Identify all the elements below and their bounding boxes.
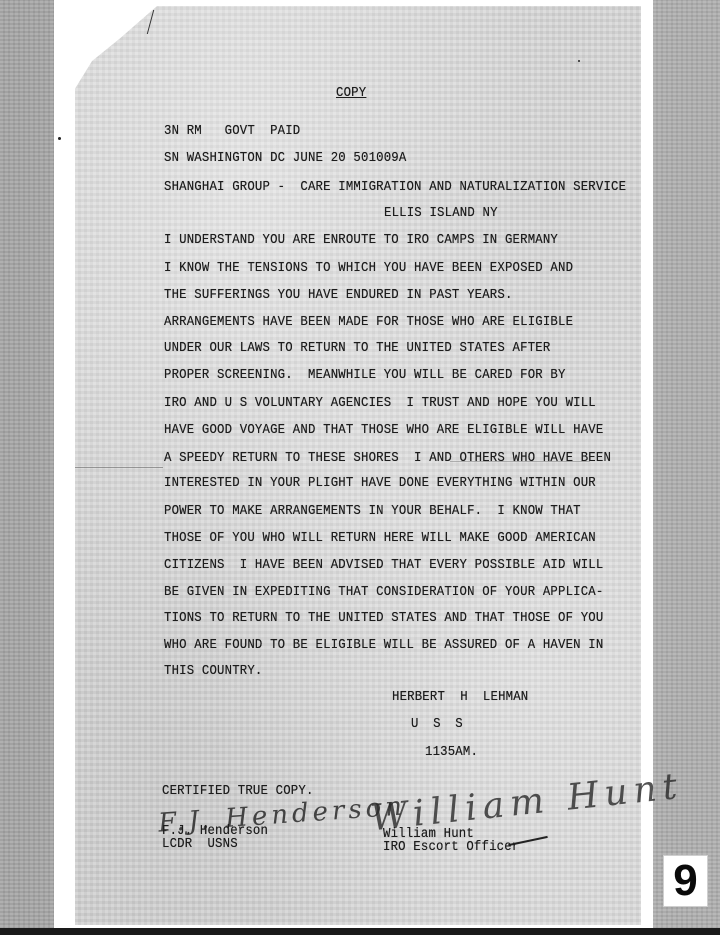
body-line: I UNDERSTAND YOU ARE ENROUTE TO IRO CAMP…: [164, 234, 558, 247]
sender-title: U S S: [411, 718, 466, 731]
header-line-addressee: SHANGHAI GROUP - CARE IMMIGRATION AND NA…: [164, 181, 626, 194]
body-line: WHO ARE FOUND TO BE ELIGIBLE WILL BE ASS…: [164, 639, 603, 652]
scanner-background-left: [0, 0, 54, 935]
body-line: BE GIVEN IN EXPEDITING THAT CONSIDERATIO…: [164, 586, 603, 599]
body-line: A SPEEDY RETURN TO THESE SHORES I AND OT…: [164, 452, 611, 465]
document-heading: COPY: [336, 87, 366, 100]
paper-crease: [75, 467, 163, 468]
body-line: IRO AND U S VOLUNTARY AGENCIES I TRUST A…: [164, 397, 596, 410]
body-line: TIONS TO RETURN TO THE UNITED STATES AND…: [164, 612, 603, 625]
body-line: HAVE GOOD VOYAGE AND THAT THOSE WHO ARE …: [164, 424, 603, 437]
header-line-routing: 3N RM GOVT PAID: [164, 125, 300, 138]
sender-name: HERBERT H LEHMAN: [392, 691, 528, 704]
body-line: PROPER SCREENING. MEANWHILE YOU WILL BE …: [164, 369, 566, 382]
scan-bottom-edge: [0, 928, 720, 935]
body-line: UNDER OUR LAWS TO RETURN TO THE UNITED S…: [164, 342, 550, 355]
body-line: POWER TO MAKE ARRANGEMENTS IN YOUR BEHAL…: [164, 505, 581, 518]
certifier-rank: LCDR USNS: [162, 838, 238, 851]
page-number-label: 9: [663, 855, 708, 907]
body-line: THOSE OF YOU WHO WILL RETURN HERE WILL M…: [164, 532, 596, 545]
body-line: THE SUFFERINGS YOU HAVE ENDURED IN PAST …: [164, 289, 513, 302]
sender-time: 1135AM.: [425, 746, 478, 759]
body-line: CITIZENS I HAVE BEEN ADVISED THAT EVERY …: [164, 559, 603, 572]
body-line: ARRANGEMENTS HAVE BEEN MADE FOR THOSE WH…: [164, 316, 573, 329]
body-line: I KNOW THE TENSIONS TO WHICH YOU HAVE BE…: [164, 262, 573, 275]
dust-speck: [578, 60, 580, 62]
dust-speck: [58, 137, 61, 140]
body-line: INTERESTED IN YOUR PLIGHT HAVE DONE EVER…: [164, 477, 596, 490]
body-line: THIS COUNTRY.: [164, 665, 263, 678]
header-line-location: ELLIS ISLAND NY: [384, 207, 498, 220]
certification-label: CERTIFIED TRUE COPY.: [162, 785, 314, 798]
header-line-origin: SN WASHINGTON DC JUNE 20 501009A: [164, 152, 406, 165]
escort-title: IRO Escort Officer: [383, 841, 519, 854]
